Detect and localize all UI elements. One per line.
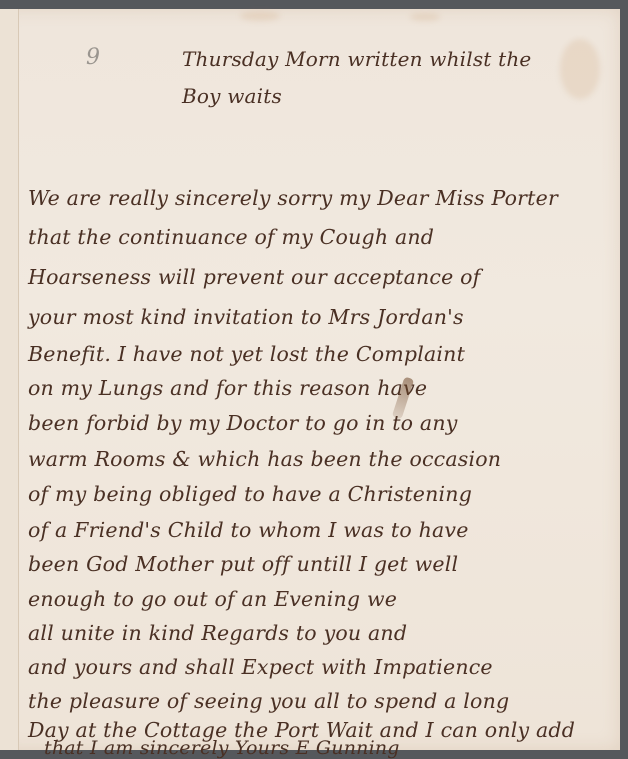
body-line: of my being obliged to have a Christenin… (28, 482, 472, 506)
body-line: warm Rooms & which has been the occasion (28, 447, 501, 471)
body-line: of a Friend's Child to whom I was to hav… (28, 518, 469, 542)
heading-line: Boy waits (182, 84, 282, 108)
paper-stain (240, 11, 280, 21)
body-line: Benefit. I have not yet lost the Complai… (28, 342, 465, 366)
body-line: Hoarseness will prevent our acceptance o… (28, 265, 480, 289)
body-line: been God Mother put off untill I get wel… (28, 552, 458, 576)
heading-line: Thursday Morn written whilst the (182, 47, 531, 71)
body-line: your most kind invitation to Mrs Jordan'… (28, 305, 464, 329)
body-line: that the continuance of my Cough and (28, 225, 434, 249)
body-line: enough to go out of an Evening we (28, 587, 397, 611)
body-line: We are really sincerely sorry my Dear Mi… (28, 186, 558, 210)
closing-signature: that I am sincerely Yours E Gunning (44, 737, 400, 759)
letter-page: 9 Thursday Morn written whilst the Boy w… (0, 9, 620, 750)
folio-number: 9 (86, 45, 100, 70)
paper-stain (410, 13, 440, 21)
body-line: the pleasure of seeing you all to spend … (28, 689, 509, 713)
body-line: and yours and shall Expect with Impatien… (28, 655, 493, 679)
body-line: on my Lungs and for this reason have (28, 376, 427, 400)
body-line: all unite in kind Regards to you and (28, 621, 407, 645)
paper-stain (560, 39, 600, 99)
